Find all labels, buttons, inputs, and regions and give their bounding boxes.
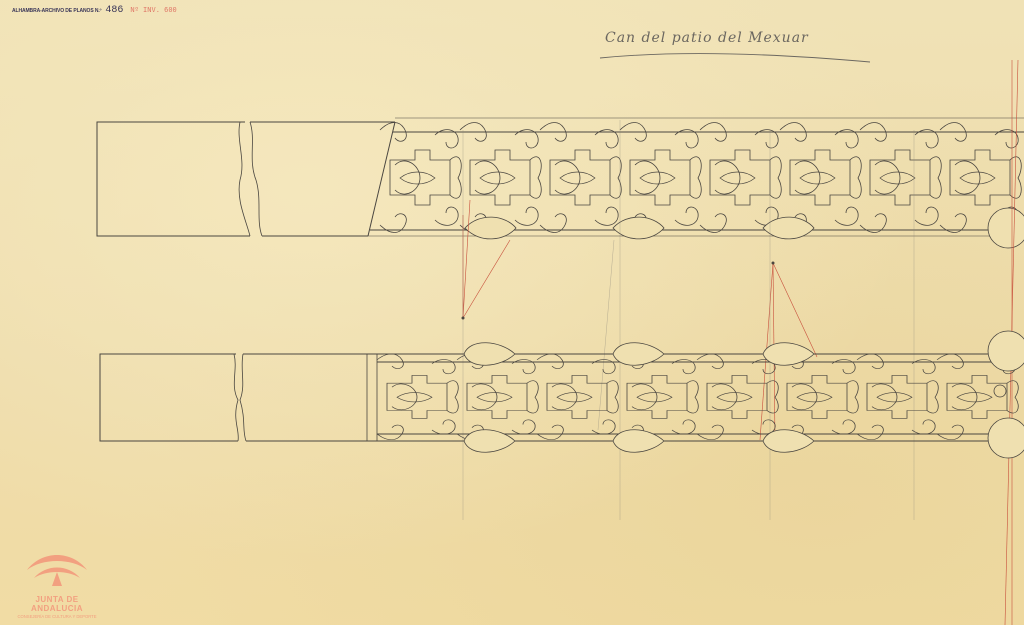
junta-arc-icon (22, 548, 92, 588)
upper-beam (97, 118, 1024, 248)
lower-beam (100, 331, 1024, 458)
logo-subtitle: CONSEJERÍA DE CULTURA Y DEPORTE (12, 614, 102, 619)
title-underline (600, 54, 870, 62)
construction-lines (463, 60, 1018, 625)
logo-name: JUNTA DE ANDALUCIA (12, 595, 102, 613)
junta-logo: JUNTA DE ANDALUCIA CONSEJERÍA DE CULTURA… (12, 548, 102, 619)
architectural-drawing (0, 0, 1024, 625)
